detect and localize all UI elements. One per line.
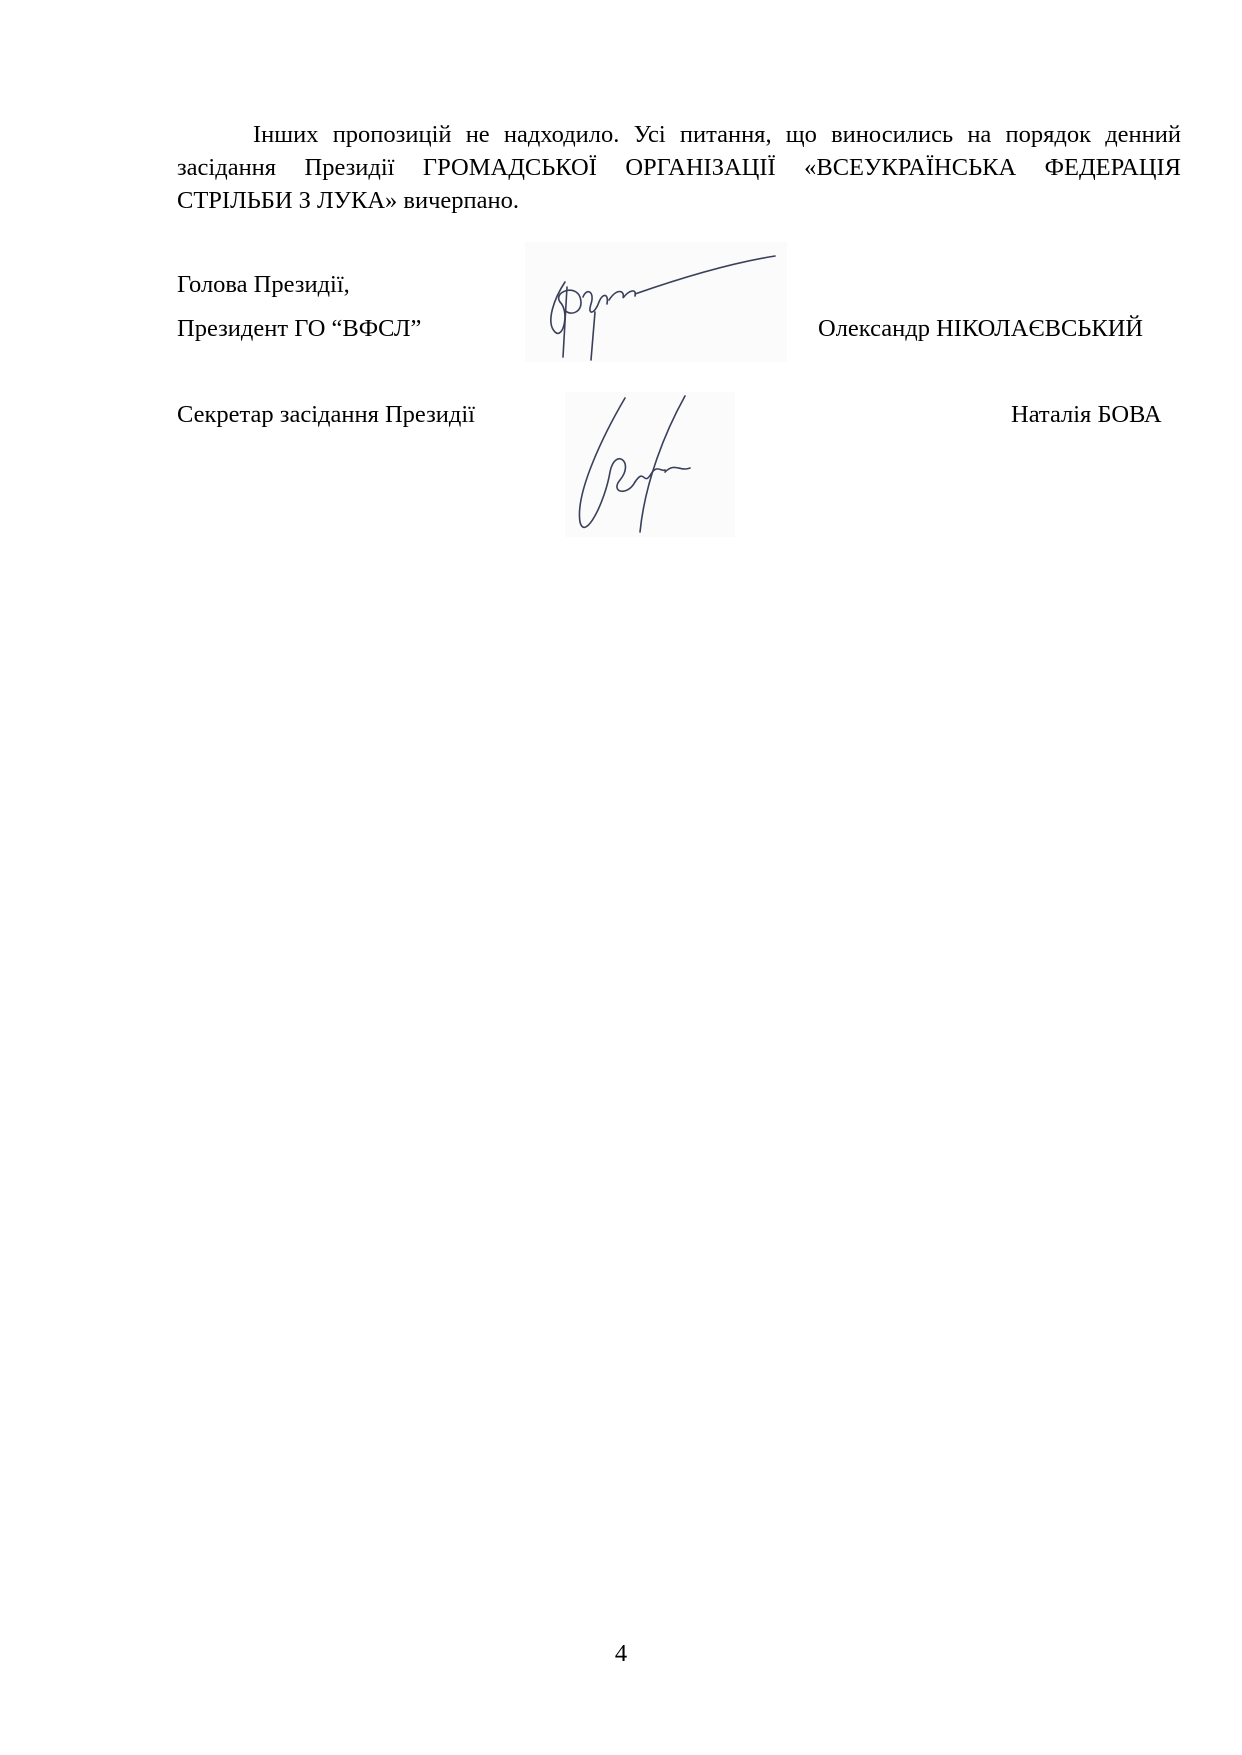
closing-paragraph-text: Інших пропозицій не надходило. Усі питан… (177, 121, 1181, 214)
chair-role-line1: Голова Президії, (177, 270, 350, 300)
closing-paragraph: Інших пропозицій не надходило. Усі питан… (177, 118, 1181, 217)
chair-role-line2: Президент ГО “ВФСЛ” (177, 314, 421, 344)
secretary-signature-icon (565, 392, 735, 537)
secretary-role-line1: Секретар засідання Президії (177, 400, 475, 430)
secretary-name: Наталія БОВА (1011, 400, 1162, 430)
chair-name: Олександр НІКОЛАЄВСЬКИЙ (818, 314, 1143, 344)
page-number: 4 (0, 1640, 1242, 1668)
chair-signature-icon (525, 242, 787, 362)
